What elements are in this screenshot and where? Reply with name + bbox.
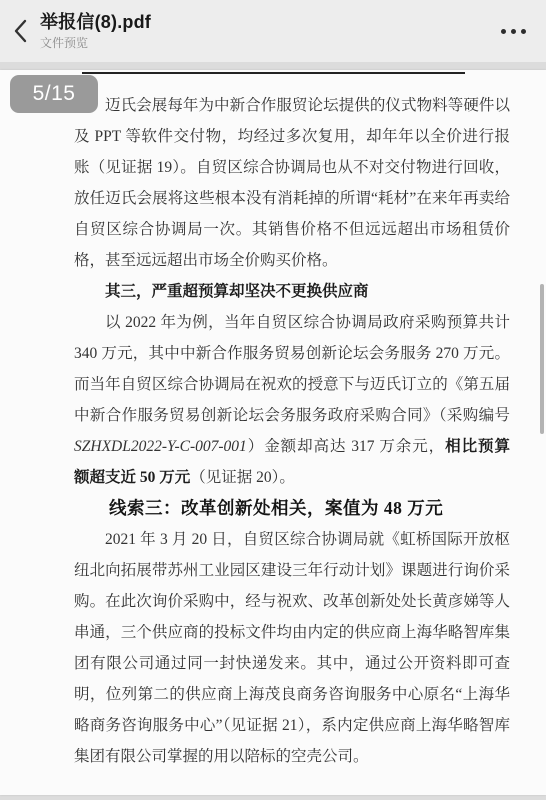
more-button[interactable] (497, 0, 530, 62)
document-horizontal-rule (82, 72, 465, 74)
header-titles: 举报信(8).pdf 文件预览 (40, 12, 151, 50)
document-text: 迈氏会展每年为中新合作服贸论坛提供的仪式物料等硬件以及 PPT 等软件交付物，均… (0, 90, 546, 772)
back-chevron-icon (14, 19, 27, 43)
scrollbar-thumb[interactable] (540, 284, 544, 434)
header-bar: 举报信(8).pdf 文件预览 (0, 0, 546, 62)
file-preview-label: 文件预览 (40, 36, 151, 50)
heading-clue-three: 线索三：改革创新处相关，案值为 48 万元 (74, 493, 510, 524)
ellipsis-icon (501, 29, 506, 34)
ellipsis-icon (511, 29, 516, 34)
page-number-badge: 5/15 (10, 75, 98, 113)
file-preview-screen: { "header": { "title": "举报信(8).pdf", "su… (0, 0, 546, 800)
paragraph-budget: 以 2022 年为例，当年自贸区综合协调局政府采购预算共计 340 万元，其中中… (74, 307, 510, 493)
pdf-page: 迈氏会展每年为中新合作服贸论坛提供的仪式物料等硬件以及 PPT 等软件交付物，均… (0, 70, 546, 795)
paragraph-consumables: 迈氏会展每年为中新合作服贸论坛提供的仪式物料等硬件以及 PPT 等软件交付物，均… (74, 90, 510, 276)
paragraph-inquiry-procurement: 2021 年 3 月 20 日，自贸区综合协调局就《虹桥国际开放枢纽北向拓展带苏… (74, 524, 510, 772)
page-title: 举报信(8).pdf (40, 12, 151, 34)
paragraph-budget-text: 以 2022 年为例，当年自贸区综合协调局政府采购预算共计 340 万元，其中中… (74, 314, 510, 424)
back-button[interactable] (0, 0, 40, 62)
ellipsis-icon (521, 29, 526, 34)
heading-over-budget: 其三，严重超预算却坚决不更换供应商 (74, 276, 510, 307)
procurement-number: SZHXDL2022-Y-C-007-001 (74, 438, 247, 455)
paragraph-budget-text: ）金额却高达 317 万余元， (247, 438, 445, 455)
paragraph-budget-text: （见证据 20）。 (190, 469, 295, 486)
pdf-viewer[interactable]: 迈氏会展每年为中新合作服贸论坛提供的仪式物料等硬件以及 PPT 等软件交付物，均… (0, 62, 546, 800)
